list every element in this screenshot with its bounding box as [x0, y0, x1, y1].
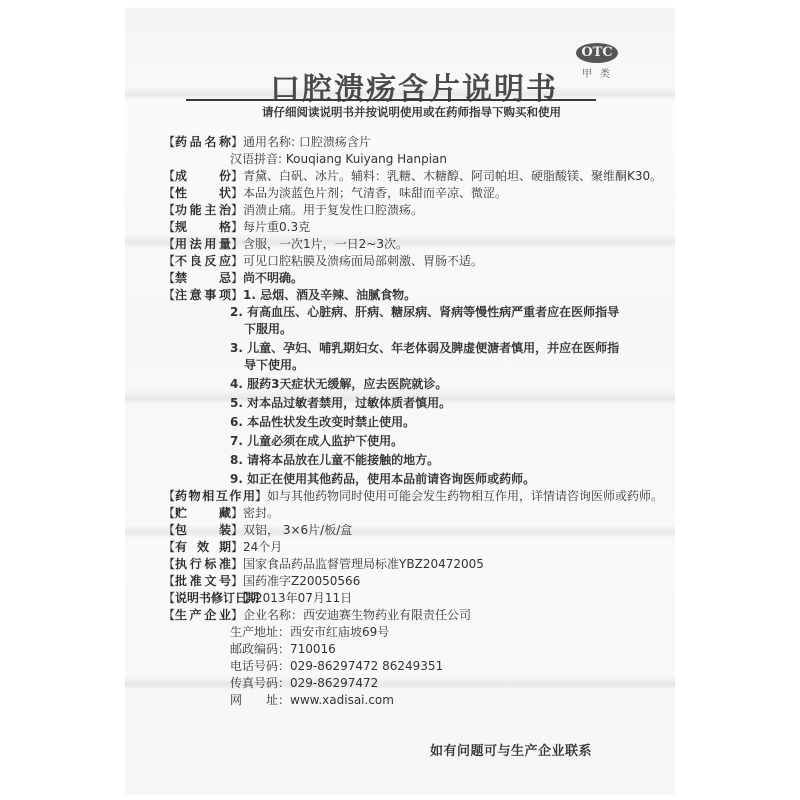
reading-advisory: 请仔细阅读说明书并按说明使用或在药师指导下购买和使用	[262, 104, 561, 120]
section-standard: 【执行标准】国家食品药品监督管理局标准YBZ20472005	[163, 556, 484, 573]
manufacturer-website-link[interactable]: www.xadisai.com	[290, 693, 394, 707]
precaution-item: 8. 请将本品放在儿童不能接触的地方。	[230, 452, 439, 469]
manufacturer-phone: 电话号码：029-86297472 86249351	[230, 658, 443, 675]
section-label: 【药品名称】	[163, 134, 243, 151]
paper-fold	[125, 676, 675, 690]
section-dosage: 【用法用量】含服，一次1片，一日2~3次。	[163, 236, 408, 253]
ingredients-value: 青黛、白矾、冰片。辅料：乳糖、木糖醇、阿司帕坦、硬脂酸镁、聚维酮K30。	[243, 168, 662, 185]
manufacturer-postcode: 邮政编码：710016	[230, 641, 336, 658]
website-label: 网 址：	[230, 693, 290, 707]
standard-value: 国家食品药品监督管理局标准YBZ20472005	[243, 556, 484, 573]
section-description: 【性状】本品为淡蓝色片剂；气清香，味甜而辛凉、微涩。	[163, 185, 507, 202]
precaution-item: 9. 如正在使用其他药品，使用本品前请咨询医师或药师。	[230, 471, 535, 488]
section-expiry: 【有效期】24个月	[163, 539, 282, 556]
title-divider	[186, 99, 596, 101]
indications-value: 消溃止痛。用于复发性口腔溃疡。	[243, 202, 423, 219]
otc-logo-icon: OTC	[576, 43, 618, 63]
precaution-item: 1. 忌烟、酒及辛辣、油腻食物。	[243, 287, 416, 304]
section-ingredients: 【成份】青黛、白矾、冰片。辅料：乳糖、木糖醇、阿司帕坦、硬脂酸镁、聚维酮K30。	[163, 168, 662, 185]
section-approval-number: 【批准文号】国药准字Z20050566	[163, 573, 360, 590]
manufacturer-company: 企业名称：西安迪赛生物药业有限责任公司	[243, 607, 471, 624]
description-value: 本品为淡蓝色片剂；气清香，味甜而辛凉、微涩。	[243, 185, 507, 202]
revision-date-value: 2013年07月11日	[255, 590, 352, 607]
section-drug-name: 【药品名称】通用名称: 口腔溃疡含片	[163, 134, 371, 151]
precaution-item: 2. 有高血压、心脏病、肝病、糖尿病、肾病等慢性病严重者应在医师指导	[230, 304, 619, 321]
section-precautions: 【注意事项】1. 忌烟、酒及辛辣、油腻食物。	[163, 287, 416, 304]
page-title: 口腔溃疡含片说明书	[270, 64, 558, 108]
otc-class-label: 甲类	[582, 65, 618, 80]
approval-number-value: 国药准字Z20050566	[243, 573, 360, 590]
section-indications: 【功能主治】消溃止痛。用于复发性口腔溃疡。	[163, 202, 423, 219]
section-interactions: 【药物相互作用】如与其他药物同时使用可能会发生药物相互作用，详情请咨询医师或药师…	[163, 488, 663, 505]
section-package: 【包装】双铝， 3×6片/板/盒	[163, 522, 352, 539]
dosage-value: 含服，一次1片，一日2~3次。	[243, 236, 408, 253]
precaution-item: 6. 本品性状发生改变时禁止使用。	[230, 414, 415, 431]
expiry-value: 24个月	[243, 539, 282, 556]
pinyin-name: 汉语拼音: Kouqiang Kuiyang Hanpian	[230, 151, 447, 168]
section-manufacturer: 【生产企业】企业名称：西安迪赛生物药业有限责任公司	[163, 607, 471, 624]
section-specification: 【规格】每片重0.3克	[163, 219, 310, 236]
section-storage: 【贮藏】密封。	[163, 505, 279, 522]
precaution-item: 7. 儿童必须在成人监护下使用。	[230, 433, 403, 450]
interactions-value: 如与其他药物同时使用可能会发生药物相互作用，详情请咨询医师或药师。	[267, 488, 663, 505]
specification-value: 每片重0.3克	[243, 219, 310, 236]
storage-value: 密封。	[243, 505, 279, 522]
contraindications-value: 尚不明确。	[243, 270, 303, 287]
manufacturer-website-row: 网 址：www.xadisai.com	[230, 692, 394, 709]
contact-note: 如有问题可与生产企业联系	[430, 740, 592, 759]
generic-name: 通用名称: 口腔溃疡含片	[243, 134, 371, 151]
precaution-item: 3. 儿童、孕妇、哺乳期妇女、年老体弱及脾虚便溏者慎用，并应在医师指	[230, 340, 619, 357]
manufacturer-fax: 传真号码：029-86297472	[230, 675, 378, 692]
precaution-item: 5. 对本品过敏者禁用，过敏体质者慎用。	[230, 395, 451, 412]
precaution-item: 4. 服药3天症状无缓解，应去医院就诊。	[230, 376, 447, 393]
precaution-item-continued: 导下使用。	[244, 357, 304, 374]
section-revision-date: 【说明书修订日期】2013年07月11日	[163, 590, 352, 607]
manufacturer-address: 生产地址：西安市红庙坡69号	[230, 624, 389, 641]
section-contraindications: 【禁忌】尚不明确。	[163, 270, 303, 287]
precaution-item-continued: 下服用。	[244, 321, 292, 338]
section-adverse-reactions: 【不良反应】可见口腔粘膜及溃疡面局部刺激、胃肠不适。	[163, 253, 483, 270]
adverse-reactions-value: 可见口腔粘膜及溃疡面局部刺激、胃肠不适。	[243, 253, 483, 270]
package-value: 双铝， 3×6片/板/盒	[243, 522, 352, 539]
